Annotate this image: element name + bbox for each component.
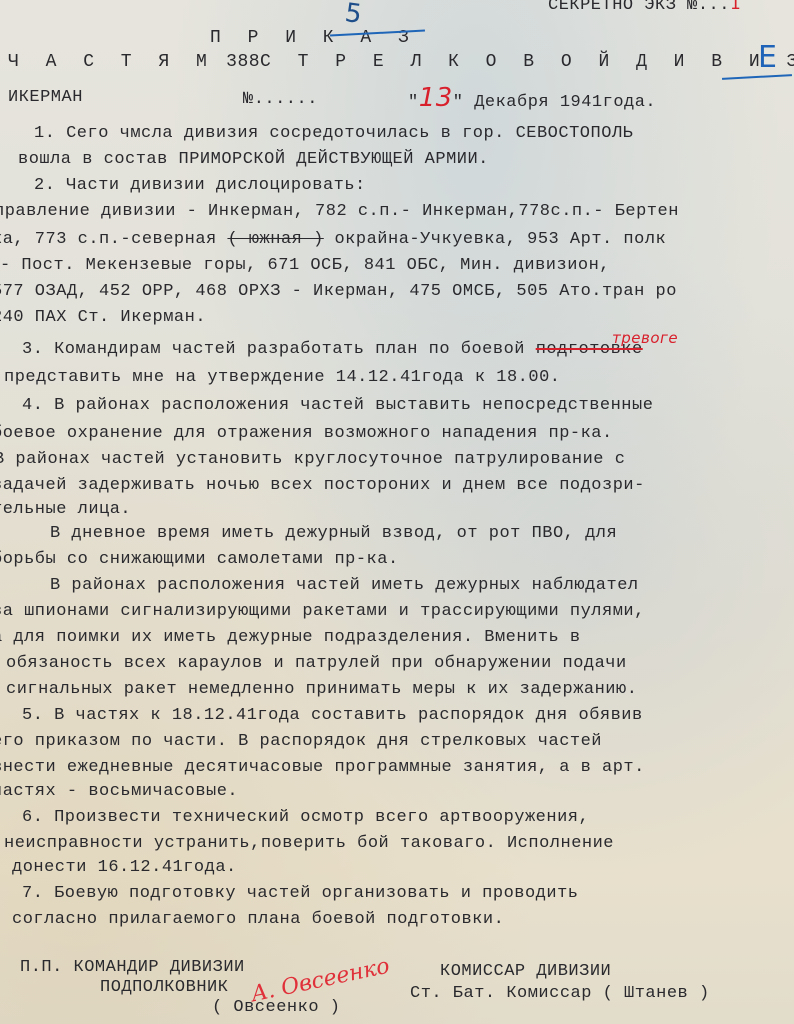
- p5-line-4: частях - восьмичасовые.: [0, 782, 238, 802]
- p2-line-4: - Пост. Мекензевые горы, 671 ОСБ, 841 ОБ…: [0, 256, 610, 276]
- p6-line-2: неисправности устранить,поверить бой так…: [4, 834, 614, 854]
- p6-line-3: донести 16.12.41года.: [12, 858, 237, 878]
- commander-rank: ПОДПОЛКОВНИК: [100, 978, 228, 998]
- p4-line-5: тельные лица.: [0, 500, 131, 520]
- handwritten-blue-mark: Е: [758, 40, 777, 75]
- p4-line-10: а для поимки их иметь дежурные подраздел…: [0, 628, 581, 648]
- p4-line-3: В районах частей установить круглосуточн…: [0, 450, 625, 470]
- place-line: ИКЕРМАН: [8, 88, 83, 108]
- secret-stamp: СЕКРЕТНО ЭКЗ №...1: [548, 0, 741, 16]
- p2-line-1: 2. Части дивизии дислоцировать:: [34, 176, 366, 196]
- handwritten-top-mark: 5: [344, 3, 364, 25]
- struck-word-south: ( южная ): [227, 230, 323, 249]
- p4-line-12: сигнальных ракет немедленно принимать ме…: [6, 680, 637, 700]
- p2-line-6: 240 ПАХ Ст. Икерман.: [0, 308, 206, 328]
- p4-line-11: обязаность всех караулов и патрулей при …: [6, 654, 627, 674]
- p4-line-7: борьбы со снижающими самолетами пр-ка.: [0, 550, 399, 570]
- place: ИКЕРМАН: [8, 88, 83, 107]
- order-number: №......: [243, 90, 318, 110]
- p3-line-1: 3. Командирам частей разработать план по…: [22, 340, 643, 360]
- p2-line-2: правление дивизии - Инкерман, 782 с.п.- …: [0, 202, 679, 222]
- p4-line-8: В районах расположения частей иметь дежу…: [50, 576, 639, 596]
- p1-line-2: вошла в состав ПРИМОРСКОЙ ДЕЙСТВУЮЩЕЙ АР…: [18, 150, 489, 170]
- commander-title: П.П. КОМАНДИР ДИВИЗИИ: [20, 958, 245, 978]
- p5-line-3: внести ежедневные десятичасовые программ…: [0, 758, 645, 778]
- p2-line-5: 577 ОЗАД, 452 ОРР, 468 ОРХЗ - Икерман, 4…: [0, 282, 677, 302]
- p4-line-1: 4. В районах расположения частей выстави…: [22, 396, 653, 416]
- p4-line-9: за шпионами сигнализирующими ракетами и …: [0, 602, 645, 622]
- copy-number-mark: 1: [730, 0, 741, 14]
- p5-line-1: 5. В частях к 18.12.41года составить рас…: [22, 706, 643, 726]
- order-date: "13" Декабря 1941года.: [408, 88, 656, 113]
- commissar-title: КОМИССАР ДИВИЗИИ: [440, 962, 611, 982]
- p7-line-1: 7. Боевую подготовку частей организовать…: [22, 884, 579, 904]
- order-subtitle: Ч А С Т Я М 388С Т Р Е Л К О В О Й Д И В…: [8, 52, 794, 72]
- p4-line-4: задачей задерживать ночью всех посторони…: [0, 476, 645, 496]
- p4-line-6: В дневное время иметь дежурный взвод, от…: [50, 524, 617, 544]
- commissar-rank-name: Ст. Бат. Комиссар ( Штанев ): [410, 984, 710, 1004]
- p2-line-3: ка, 773 с.п.-северная ( южная ) окрайна-…: [0, 230, 666, 250]
- p1-line-1: 1. Сего чмсла дивизия сосредоточилась в …: [34, 124, 633, 144]
- struck-word-training: подготовке: [536, 340, 643, 359]
- p5-line-2: его приказом по части. В распорядок дня …: [0, 732, 602, 752]
- p4-line-2: боевое охранение для отражения возможног…: [0, 424, 613, 444]
- p7-line-2: согласно прилагаемого плана боевой подго…: [12, 910, 504, 930]
- p3-line-2: представить мне на утверждение 14.12.41г…: [4, 368, 561, 388]
- p6-line-1: 6. Произвести технический осмотр всего а…: [22, 808, 589, 828]
- blue-mark-underline: [722, 74, 792, 80]
- date-day-handwritten: 13: [419, 83, 453, 113]
